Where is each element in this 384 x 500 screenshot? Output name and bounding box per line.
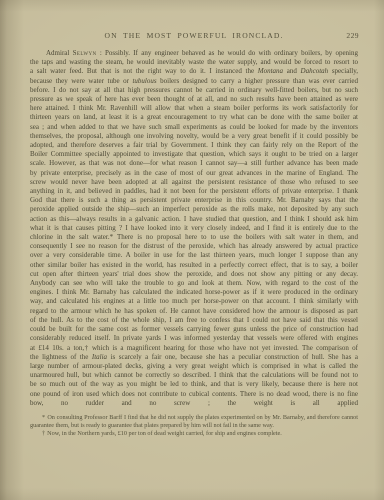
paragraph-segment: Dahcotah	[301, 67, 329, 75]
running-head-title: ON THE MOST POWERFUL IRONCLAD.	[105, 31, 284, 40]
paragraph-segment: Italia	[92, 353, 107, 361]
paragraph-segment: tubulous	[132, 77, 156, 85]
footnote-asterisk: * On consulting Professor Barff I find t…	[30, 414, 358, 430]
footnote-dagger: † Now, in the Northern yards, £10 per to…	[30, 430, 358, 438]
footnote-marker-asterisk: *	[42, 414, 46, 421]
book-page-scan: ON THE MOST POWERFUL IRONCLAD. 229 Admir…	[0, 0, 384, 500]
paragraph-segment: Montana	[258, 67, 283, 75]
paragraph-segment: Admiral	[46, 49, 73, 57]
page-number: 229	[346, 31, 359, 40]
paragraph-segment: boilers designed to carry a higher press…	[30, 77, 358, 361]
running-header: ON THE MOST POWERFUL IRONCLAD. 229	[30, 31, 358, 40]
footnote-dagger-text: Now, in the Northern yards, £10 per ton …	[47, 430, 282, 437]
page-content: ON THE MOST POWERFUL IRONCLAD. 229 Admir…	[30, 0, 358, 438]
footnote-asterisk-text: On consulting Professor Barff I find tha…	[30, 414, 358, 429]
footnote-marker-dagger: †	[42, 430, 46, 437]
paragraph-segment: Selwyn	[73, 49, 97, 57]
footnotes-block: * On consulting Professor Barff I find t…	[30, 414, 358, 438]
body-paragraph: Admiral Selwyn : Possibly. If any engine…	[30, 49, 358, 408]
paragraph-segment: and	[283, 67, 300, 75]
